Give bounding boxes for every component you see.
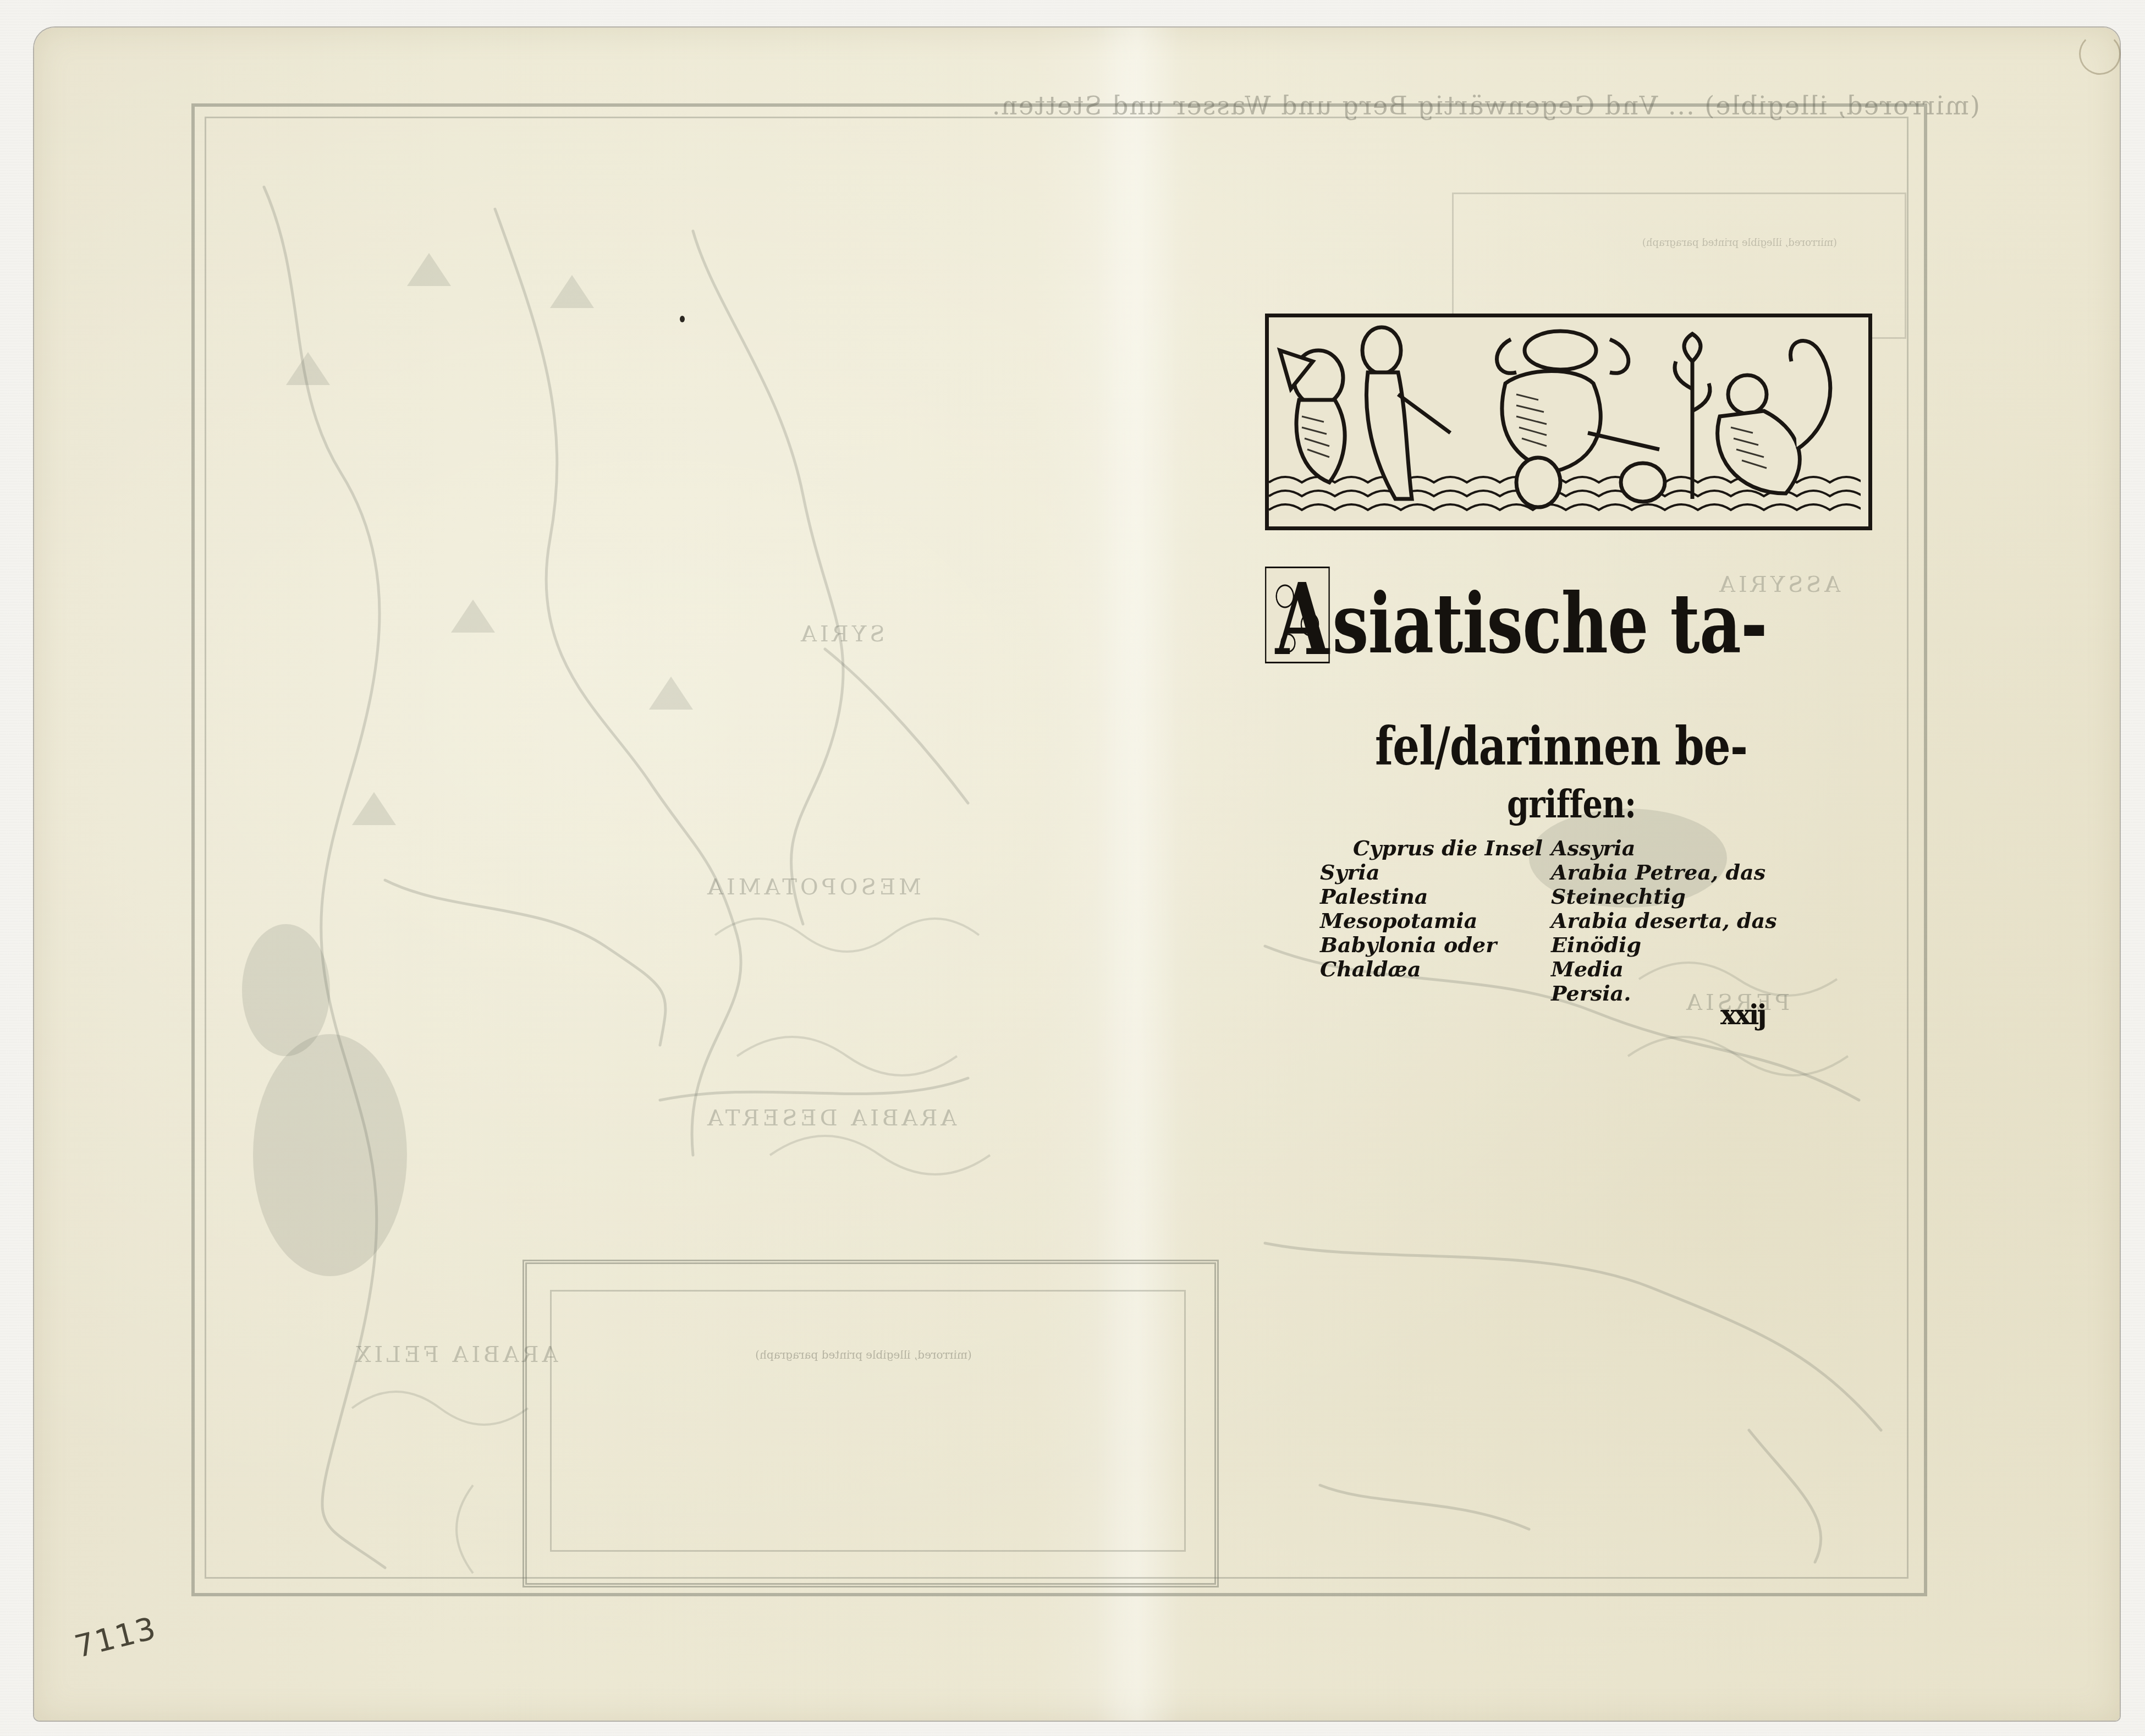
region-item: Assyria bbox=[1551, 836, 1837, 860]
region-item: Palestina bbox=[1320, 885, 1551, 909]
region-item: Media bbox=[1551, 957, 1837, 981]
page-signature: xxij bbox=[1720, 998, 1765, 1031]
region-item: Persia. bbox=[1551, 981, 1837, 1006]
woodcut-figures-illustration bbox=[1269, 317, 1861, 519]
region-item: Syria bbox=[1320, 860, 1551, 885]
regions-column-left: Cyprus die Insel Syria Palestina Mesopot… bbox=[1320, 836, 1551, 1006]
regions-column-right: Assyria Arabia Petrea, das Steinechtig A… bbox=[1551, 836, 1837, 1006]
corner-stain bbox=[2079, 33, 2121, 75]
title-line-1-text: siatische ta- bbox=[1332, 575, 1767, 672]
region-item: Arabia Petrea, das Steinechtig bbox=[1551, 860, 1837, 909]
region-item: Mesopotamia bbox=[1320, 909, 1551, 933]
title-line-2: fel/darinnen be- bbox=[1375, 715, 1747, 777]
woodcut-vignette bbox=[1265, 314, 1872, 530]
region-item: Arabia deserta, das Einödig bbox=[1551, 909, 1837, 957]
region-item: Babylonia oder Chaldæa bbox=[1320, 933, 1551, 981]
title-line-3: griffen: bbox=[1507, 781, 1636, 827]
decorated-initial: A bbox=[1265, 567, 1330, 663]
region-item: Cyprus die Insel bbox=[1320, 836, 1551, 860]
ink-spot bbox=[680, 316, 685, 322]
regions-list: Cyprus die Insel Syria Palestina Mesopot… bbox=[1320, 836, 1837, 1006]
title-line-1: Asiatische ta- bbox=[1265, 567, 1767, 672]
